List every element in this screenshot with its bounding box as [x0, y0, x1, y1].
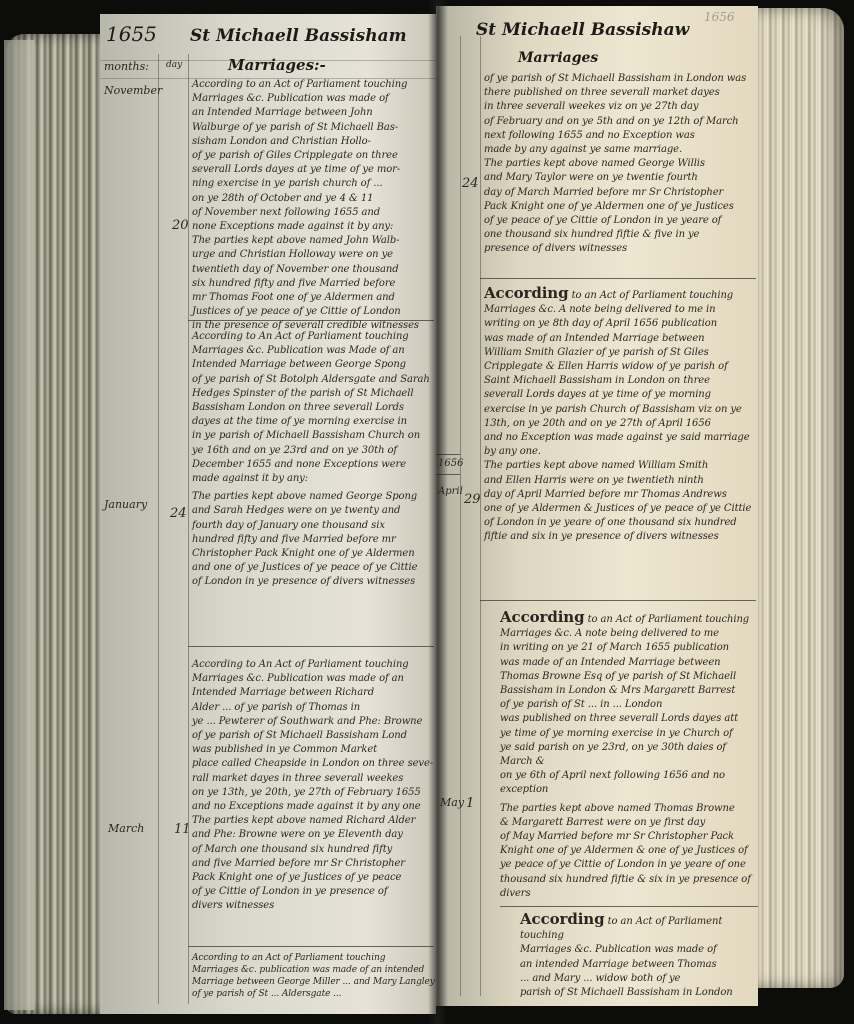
text-line: parish of St Michaell Bassisham in Londo…: [520, 986, 756, 1000]
text-line: presence of divers witnesses: [484, 242, 754, 256]
text-line: Marriage between George Miller ... and M…: [192, 976, 436, 988]
text-line: divers witnesses: [192, 899, 436, 913]
text-line: of ye parish of Giles Cripplegate on thr…: [192, 149, 432, 163]
text-line: six hundred fifty and five Married befor…: [192, 277, 432, 291]
page-title: St Michaell Bassishaw: [476, 20, 689, 40]
entry-text-block: According to an Act of Parliament touchi…: [484, 286, 756, 545]
text-line: of May Married before mr Sr Christopher …: [500, 830, 758, 844]
text-line: and Sarah Hedges were on ye twenty and: [192, 504, 432, 518]
entry-month: January: [104, 498, 147, 511]
text-line: day of April Married before mr Thomas An…: [484, 488, 756, 502]
text-line: was published on three severall Lords da…: [500, 712, 758, 726]
left-fore-edge: [4, 40, 34, 1010]
text-line: According to An Act of Parliament touchi…: [192, 658, 436, 672]
text-line: on ye 28th of October and ye 4 & 11: [192, 192, 432, 206]
text-line: Intended Marriage between George Spong: [192, 358, 432, 372]
text-line: The parties kept above named John Walb-: [192, 234, 432, 248]
entry-day: 29: [464, 492, 481, 507]
entry-day: 24: [170, 506, 187, 521]
text-line: made against it by any:: [192, 472, 432, 486]
page-subtitle: Marriages: [518, 50, 598, 66]
text-line: The parties kept above named George Will…: [484, 157, 754, 171]
entry-divider: [188, 646, 434, 647]
text-line: severall Lords dayes at ye time of ye mo…: [192, 163, 432, 177]
text-line: According to An Act of Parliament touchi…: [192, 330, 432, 344]
text-line: Bassisham in London & Mrs Margarett Barr…: [500, 684, 758, 698]
text-line: Pack Knight one of ye Aldermen one of ye…: [484, 200, 754, 214]
text-line: The parties kept above named George Spon…: [192, 490, 432, 504]
text-line: and Mary Taylor were on ye twentie fourt…: [484, 171, 754, 185]
text-line: Christopher Pack Knight one of ye Alderm…: [192, 547, 432, 561]
text-line: was made of an Intended Marriage between: [484, 332, 756, 346]
text-line: next following 1655 and no Exception was: [484, 129, 754, 143]
right-page-stack: [752, 8, 844, 988]
text-line: on ye 6th of April next following 1656 a…: [500, 769, 758, 797]
text-line: Justices of ye peace of ye Cittie of Lon…: [192, 305, 432, 319]
text-line: of February and on ye 5th and on ye 12th…: [484, 115, 754, 129]
text-line: in three severall weekes viz on ye 27th …: [484, 100, 754, 114]
text-line: of March one thousand six hundred fifty: [192, 843, 436, 857]
text-line: Hedges Spinster of the parish of St Mich…: [192, 387, 432, 401]
text-line: of ye parish of St Botolph Aldersgate an…: [192, 373, 432, 387]
month-column-rule: [158, 54, 159, 1004]
text-line: place called Cheapside in London on thre…: [192, 757, 436, 771]
text-line: Marriages &c. A note being delivered to …: [484, 303, 756, 317]
text-line: ye ... Pewterer of Southwark and Phe: Br…: [192, 715, 436, 729]
text-line: to an Act of Parliament touching: [572, 290, 734, 301]
text-line: and no Exceptions made against it by any…: [192, 800, 436, 814]
text-line: The parties kept above named Thomas Brow…: [500, 802, 758, 816]
text-line: to an Act of Parliament touching: [588, 614, 750, 625]
text-line: sisham London and Christian Hollo-: [192, 135, 432, 149]
entry-day: 20: [172, 218, 189, 233]
corner-page-note: 1656: [704, 10, 735, 24]
text-line: none Exceptions made against it by any:: [192, 220, 432, 234]
text-line: ye said parish on ye 23rd, on ye 30th da…: [500, 741, 758, 769]
text-line: one of ye Aldermen & Justices of ye peac…: [484, 502, 756, 516]
text-line: dayes at the time of ye morning exercise…: [192, 415, 432, 429]
entry-divider: [480, 600, 756, 601]
text-line: thousand six hundred fiftie & six in ye …: [500, 873, 758, 901]
text-line: urge and Christian Holloway were on ye: [192, 248, 432, 262]
text-line: there published on three severall market…: [484, 86, 754, 100]
right-page: 1656 St Michaell Bassishaw Marriages 24 …: [436, 6, 758, 1006]
text-line: an Intended Marriage between John: [192, 106, 432, 120]
text-line: William Smith Glazier of ye parish of St…: [484, 346, 756, 360]
according-heading: According: [500, 608, 585, 626]
entry-text-block: of ye parish of St Michaell Bassisham in…: [484, 72, 754, 257]
book-gutter: [428, 0, 448, 1024]
text-line: one thousand six hundred fiftie & five i…: [484, 228, 754, 242]
text-line: Thomas Browne Esq of ye parish of St Mic…: [500, 670, 758, 684]
text-line: of ye parish of St ... in ... London: [500, 698, 758, 712]
text-line: was published in ye Common Market: [192, 743, 436, 757]
text-line: mr Thomas Foot one of ye Aldermen and: [192, 291, 432, 305]
text-line: Alder ... of ye parish of Thomas in: [192, 701, 436, 715]
text-line: of ye parish of St Michaell Bassisham in…: [484, 72, 754, 86]
entry-divider: [188, 320, 434, 321]
day-column-rule: [480, 36, 481, 996]
text-line: The parties kept above named William Smi…: [484, 459, 756, 473]
text-line: of ye Cittie of London in ye presence of: [192, 885, 436, 899]
text-line: of ye peace of ye Cittie of London in ye…: [484, 214, 754, 228]
text-line: Marriages &c. Publication was Made of an: [192, 344, 432, 358]
entry-divider: [500, 906, 758, 907]
text-line: Marriages &c. Publication was made of: [520, 943, 756, 957]
text-line: and Ellen Harris were on ye twentieth ni…: [484, 474, 756, 488]
text-line: exercise in ye parish Church of Bassisha…: [484, 403, 756, 417]
text-line: Walburge of ye parish of St Michaell Bas…: [192, 121, 432, 135]
entry-text-block: According to an Act of Parliament touchi…: [192, 952, 436, 1000]
entry-divider: [480, 278, 756, 279]
entry-month: November: [104, 84, 162, 97]
open-register-book: 1655 St Michaell Bassisham months: day M…: [0, 0, 854, 1024]
text-line: Saint Michaell Bassisham in London on th…: [484, 374, 756, 388]
according-heading: According: [484, 284, 569, 302]
text-line: writing on ye 8th day of April 1656 publ…: [484, 317, 756, 331]
text-line: twentieth day of November one thousand: [192, 263, 432, 277]
text-line: and Phe: Browne were on ye Eleventh day: [192, 828, 436, 842]
text-line: of London in ye presence of divers witne…: [192, 575, 432, 589]
text-line: on ye 13th, ye 20th, ye 27th of February…: [192, 786, 436, 800]
text-line: and no Exception was made against ye sai…: [484, 431, 756, 445]
page-subtitle: Marriages:-: [228, 56, 326, 74]
day-header: day: [166, 60, 182, 70]
text-line: and one of ye Justices of ye peace of ye…: [192, 561, 432, 575]
text-line: Cripplegate & Ellen Harris widow of ye p…: [484, 360, 756, 374]
left-page: 1655 St Michaell Bassisham months: day M…: [100, 14, 436, 1014]
text-line: fourth day of January one thousand six: [192, 519, 432, 533]
text-line: Intended Marriage between Richard: [192, 686, 436, 700]
text-line: an intended Marriage between Thomas: [520, 958, 756, 972]
text-line: severall Lords dayes at ye time of ye mo…: [484, 388, 756, 402]
entry-text-block: According to An Act of Parliament touchi…: [192, 330, 432, 590]
text-line: Knight one of ye Aldermen & one of ye Ju…: [500, 844, 758, 858]
text-line: of ye parish of St ... Aldersgate ...: [192, 988, 436, 1000]
text-line: According to an Act of Parliament touchi…: [192, 952, 436, 964]
text-line: ye time of ye morning exercise in ye Chu…: [500, 727, 758, 741]
text-line: rall market dayes in three severall week…: [192, 772, 436, 786]
text-line: ye peace of ye Cittie of London in ye ye…: [500, 858, 758, 872]
text-line: 13th, on ye 20th and on ye 27th of April…: [484, 417, 756, 431]
text-line: Marriages &c. Publication was made of an: [192, 672, 436, 686]
text-line: The parties kept above named Richard Ald…: [192, 814, 436, 828]
text-line: was made of an Intended Marriage between: [500, 656, 758, 670]
months-header: months:: [104, 60, 149, 73]
text-line: of London in ye yeare of one thousand si…: [484, 516, 756, 530]
entry-day: 24: [462, 176, 479, 191]
text-line: made by any against ye same marriage.: [484, 143, 754, 157]
text-line: Marriages &c. publication was made of an…: [192, 964, 436, 976]
text-line: day of March Married before mr Sr Christ…: [484, 186, 754, 200]
according-heading: According: [520, 910, 605, 928]
text-line: of ye parish of St Michaell Bassisham Lo…: [192, 729, 436, 743]
entry-divider: [188, 946, 434, 947]
entry-day: 11: [174, 822, 191, 837]
entry-day: 1: [466, 796, 474, 811]
text-line: ning exercise in ye parish church of ...: [192, 177, 432, 191]
text-line: and five Married before mr Sr Christophe…: [192, 857, 436, 871]
entry-text-block: According to An Act of Parliament touchi…: [192, 658, 436, 914]
text-line: in writing on ye 21 of March 1655 public…: [500, 641, 758, 655]
text-line: Bassisham London on three severall Lords: [192, 401, 432, 415]
entry-text-block: According to an Act of Parliament touchi…: [500, 610, 758, 901]
text-line: Pack Knight one of ye Justices of ye pea…: [192, 871, 436, 885]
text-line: Marriages &c. A note being delivered to …: [500, 627, 758, 641]
register-year: 1655: [106, 22, 157, 46]
text-line: December 1655 and none Exceptions were: [192, 458, 432, 472]
text-line: ye 16th and on ye 23rd and on ye 30th of: [192, 444, 432, 458]
entry-text-block: According to an Act of Parliament touchi…: [192, 78, 432, 334]
day-column-rule: [188, 54, 189, 1004]
text-line: Marriages &c. Publication was made of: [192, 92, 432, 106]
text-line: ... and Mary ... widow both of ye: [520, 972, 756, 986]
entry-text-block: According to an Act of Parliament touchi…: [520, 912, 756, 1000]
text-line: hundred fifty and five Married before mr: [192, 533, 432, 547]
text-line: by any one.: [484, 445, 756, 459]
text-line: fiftie and six in ye presence of divers …: [484, 530, 756, 544]
text-line: in ye parish of Michaell Bassisham Churc…: [192, 429, 432, 443]
month-column-rule: [460, 36, 461, 996]
entry-month: March: [108, 822, 144, 835]
text-line: of November next following 1655 and: [192, 206, 432, 220]
page-title: St Michaell Bassisham: [190, 26, 407, 46]
text-line: According to an Act of Parliament touchi…: [192, 78, 432, 92]
text-line: & Margarett Barrest were on ye first day: [500, 816, 758, 830]
